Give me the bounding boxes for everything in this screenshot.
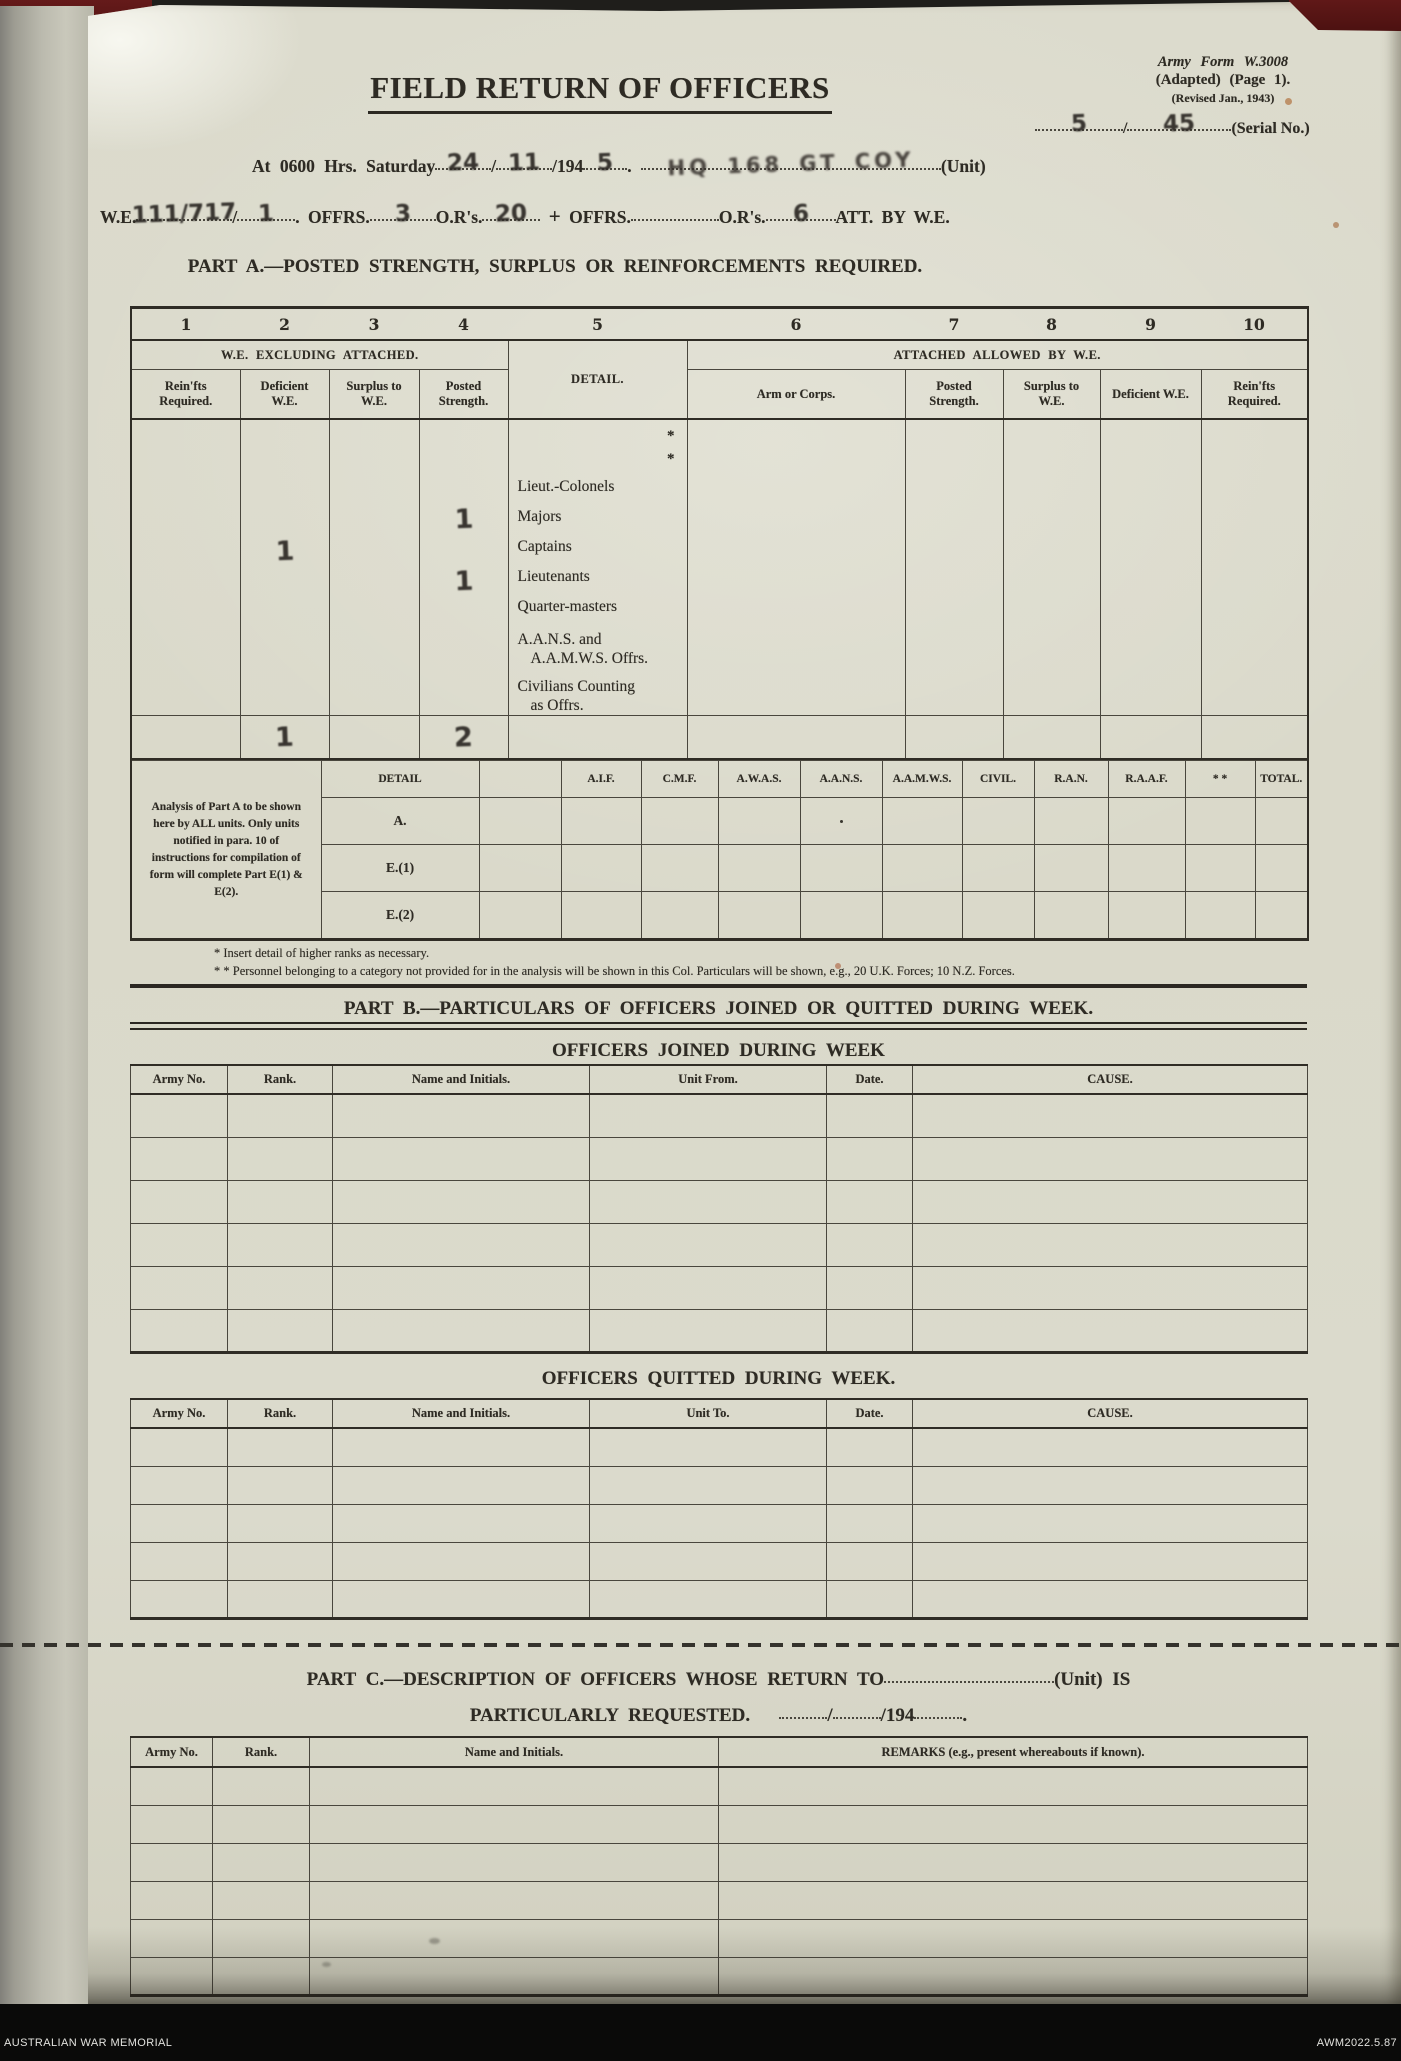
we-amendment-stamp: 1 bbox=[258, 201, 275, 228]
analysis-header-aamws: A.A.M.W.S. bbox=[882, 761, 962, 798]
empty-cell bbox=[131, 1843, 213, 1881]
empty-cell bbox=[131, 1767, 213, 1805]
empty-cell bbox=[131, 1919, 213, 1957]
header-army-no: Army No. bbox=[131, 1737, 213, 1767]
empty-cell bbox=[228, 1309, 333, 1352]
empty-cell bbox=[827, 1428, 913, 1466]
part-a-totals-row: 1 2 bbox=[131, 716, 1308, 760]
empty-cell bbox=[310, 1843, 719, 1881]
empty-cell bbox=[827, 1466, 913, 1504]
empty-cell bbox=[827, 1180, 913, 1223]
empty-row bbox=[131, 1223, 1308, 1266]
empty-row bbox=[131, 1957, 1308, 1995]
date-period: . bbox=[627, 156, 631, 176]
form-ref-line1: Army Form W.3008 bbox=[1078, 53, 1368, 71]
cell-posted-att bbox=[905, 419, 1003, 716]
group-attached-allowed: ATTACHED ALLOWED BY W.E. bbox=[687, 340, 1308, 370]
empty-cell bbox=[913, 1504, 1308, 1542]
empty-cell bbox=[719, 1957, 1308, 1995]
header-name-initials: Name and Initials. bbox=[310, 1737, 719, 1767]
empty-cell bbox=[479, 892, 561, 940]
empty-cell bbox=[310, 1767, 719, 1805]
empty-cell bbox=[827, 1580, 913, 1618]
empty-cell bbox=[131, 1957, 213, 1995]
empty-cell bbox=[310, 1957, 719, 1995]
empty-row bbox=[131, 1843, 1308, 1881]
empty-row bbox=[131, 1805, 1308, 1843]
empty-cell bbox=[913, 1309, 1308, 1352]
header-rank: Rank. bbox=[228, 1065, 333, 1094]
empty-cell bbox=[641, 798, 718, 845]
attached-ors-blank: 6 bbox=[766, 213, 836, 221]
unit-label: (Unit) bbox=[941, 156, 986, 176]
empty-cell bbox=[310, 1881, 719, 1919]
analysis-row-label: A. bbox=[321, 798, 479, 845]
header-reinfts-required-att: Rein'fts Required. bbox=[1201, 370, 1308, 420]
archive-accession-number: AWM2022.5.87 bbox=[1317, 2037, 1397, 2049]
army-form-reference: Army Form W.3008 (Adapted) (Page 1). (Re… bbox=[1078, 53, 1368, 107]
year-printed: /194 bbox=[552, 156, 583, 176]
empty-cell bbox=[131, 1881, 213, 1919]
empty-cell bbox=[333, 1223, 590, 1266]
empty-cell bbox=[213, 1843, 310, 1881]
empty-row bbox=[131, 1767, 1308, 1805]
total-deficient-stamp: 1 bbox=[275, 721, 295, 753]
cell-reinfts bbox=[131, 419, 240, 716]
empty-cell bbox=[131, 1094, 228, 1137]
part-c-year: /194 bbox=[881, 1705, 915, 1726]
empty-cell bbox=[561, 798, 641, 845]
officers-joined-title: OFFICERS JOINED DURING WEEK bbox=[130, 1040, 1307, 1062]
empty-cell bbox=[590, 1266, 827, 1309]
empty-cell bbox=[213, 1881, 310, 1919]
total-cell bbox=[329, 716, 419, 760]
empty-cell bbox=[962, 892, 1034, 940]
total-cell bbox=[687, 716, 905, 760]
empty-cell bbox=[590, 1309, 827, 1352]
we-strength-line: W.E.111/717/1. OFFRS.3O.R's.20 + OFFRS.O… bbox=[100, 204, 950, 229]
analysis-table: Analysis of Part A to be shown here by A… bbox=[130, 760, 1309, 941]
col-number: 7 bbox=[905, 308, 1003, 341]
empty-cell bbox=[800, 798, 882, 845]
col-number: 6 bbox=[687, 308, 905, 341]
empty-cell bbox=[131, 1504, 228, 1542]
empty-cell bbox=[827, 1094, 913, 1137]
empty-cell bbox=[827, 1542, 913, 1580]
part-c-day-blank bbox=[779, 1711, 827, 1719]
analysis-header-detail: DETAIL bbox=[321, 761, 479, 798]
we-amendment-blank: 1 bbox=[237, 213, 295, 221]
header-army-no: Army No. bbox=[131, 1065, 228, 1094]
empty-cell bbox=[719, 1881, 1308, 1919]
part-c-unit-is: (Unit) IS bbox=[1054, 1669, 1130, 1690]
cell-deficient-att bbox=[1100, 419, 1201, 716]
attached-offrs-blank bbox=[631, 213, 719, 221]
empty-cell bbox=[131, 1466, 228, 1504]
empty-cell bbox=[590, 1580, 827, 1618]
empty-cell bbox=[228, 1580, 333, 1618]
part-c-header-row: Army No. Rank. Name and Initials. REMARK… bbox=[131, 1737, 1308, 1767]
empty-cell bbox=[131, 1428, 228, 1466]
empty-cell bbox=[333, 1094, 590, 1137]
cell-detail-ranks: * * Lieut.-Colonels Majors Captains Lieu… bbox=[508, 419, 687, 716]
empty-cell bbox=[479, 845, 561, 892]
header-posted-strength: Posted Strength. bbox=[419, 370, 508, 420]
analysis-header-aans: A.A.N.S. bbox=[800, 761, 882, 798]
footnote-1: * Insert detail of higher ranks as neces… bbox=[214, 944, 1314, 962]
empty-cell bbox=[913, 1223, 1308, 1266]
sub-header-row: Rein'fts Required. Deficient W.E. Surplu… bbox=[131, 370, 1308, 420]
unit-blank: HQ 168 GT COY bbox=[641, 162, 941, 170]
scanned-form-page: FIELD RETURN OF OFFICERS Army Form W.300… bbox=[0, 0, 1401, 2061]
attached-ors-label: O.R's. bbox=[719, 207, 766, 227]
part-c-year-blank bbox=[914, 1711, 962, 1719]
part-c-unit-blank bbox=[884, 1675, 1054, 1683]
part-a-body-row: 1 1 1 * * Lieut.-Colonels Majors Captain… bbox=[131, 419, 1308, 716]
empty-cell bbox=[962, 845, 1034, 892]
rank-aans-line2: A.A.M.W.S. Offrs. bbox=[509, 649, 687, 668]
analysis-header-other: * * bbox=[1185, 761, 1255, 798]
empty-cell bbox=[913, 1094, 1308, 1137]
empty-cell bbox=[1108, 798, 1185, 845]
total-cell bbox=[1003, 716, 1100, 760]
empty-cell bbox=[561, 892, 641, 940]
col-number: 2 bbox=[240, 308, 329, 341]
empty-cell bbox=[333, 1180, 590, 1223]
part-c-period: . bbox=[962, 1705, 967, 1726]
year-digit-stamp: 5 bbox=[597, 150, 614, 177]
plus-sign: + bbox=[549, 204, 561, 228]
empty-cell bbox=[131, 1180, 228, 1223]
rank-majors: Majors bbox=[509, 502, 687, 532]
empty-cell bbox=[800, 892, 882, 940]
empty-cell bbox=[827, 1504, 913, 1542]
analysis-header-aif: A.I.F. bbox=[561, 761, 641, 798]
empty-cell bbox=[913, 1580, 1308, 1618]
empty-cell bbox=[213, 1957, 310, 1995]
col-number: 5 bbox=[508, 308, 687, 341]
empty-cell bbox=[590, 1542, 827, 1580]
empty-cell bbox=[228, 1542, 333, 1580]
footnote-2: * * Personnel belonging to a category no… bbox=[214, 962, 1314, 980]
part-c-heading-line1: PART C.—DESCRIPTION OF OFFICERS WHOSE RE… bbox=[130, 1669, 1307, 1691]
section-rule bbox=[130, 984, 1307, 988]
header-deficient-we-att: Deficient W.E. bbox=[1100, 370, 1201, 420]
serial-stamp-a: 5 bbox=[1071, 111, 1088, 138]
serial-stamp-b: 45 bbox=[1163, 110, 1196, 137]
empty-cell bbox=[310, 1805, 719, 1843]
empty-cell bbox=[590, 1223, 827, 1266]
empty-cell bbox=[1034, 798, 1108, 845]
empty-cell bbox=[561, 845, 641, 892]
header-rank: Rank. bbox=[213, 1737, 310, 1767]
empty-cell bbox=[228, 1223, 333, 1266]
day-stamp: 24 bbox=[447, 149, 480, 176]
empty-cell bbox=[882, 892, 962, 940]
empty-row bbox=[131, 1137, 1308, 1180]
part-a-heading: PART A.—POSTED STRENGTH, SURPLUS OR REIN… bbox=[130, 256, 980, 278]
form-ref-line3: (Revised Jan., 1943) bbox=[1078, 89, 1368, 107]
header-army-no: Army No. bbox=[131, 1399, 228, 1428]
col-number: 1 bbox=[131, 308, 240, 341]
rank-captains: Captains bbox=[509, 532, 687, 562]
header-rank: Rank. bbox=[228, 1399, 333, 1428]
empty-row bbox=[131, 1919, 1308, 1957]
empty-cell bbox=[1255, 798, 1308, 845]
analysis-row-label: E.(2) bbox=[321, 892, 479, 940]
day-blank: 24 bbox=[435, 162, 491, 170]
perforation-line bbox=[0, 1643, 1401, 1647]
empty-row bbox=[131, 1881, 1308, 1919]
header-surplus-we: Surplus to W.E. bbox=[329, 370, 419, 420]
form-content: FIELD RETURN OF OFFICERS Army Form W.300… bbox=[130, 0, 1307, 2012]
empty-cell bbox=[800, 845, 882, 892]
group-we-excluding-attached: W.E. EXCLUDING ATTACHED. bbox=[131, 340, 508, 370]
empty-cell bbox=[827, 1266, 913, 1309]
double-rule bbox=[130, 1022, 1307, 1030]
empty-row bbox=[131, 1466, 1308, 1504]
empty-cell bbox=[718, 892, 800, 940]
we-number-blank: 111/717 bbox=[136, 213, 232, 221]
part-a-table: 1 2 3 4 5 6 7 8 9 10 W.E. EXCLUDING ATTA… bbox=[130, 306, 1309, 761]
empty-cell bbox=[913, 1137, 1308, 1180]
total-cell bbox=[1100, 716, 1201, 760]
part-c-month-blank bbox=[833, 1711, 881, 1719]
empty-cell bbox=[131, 1309, 228, 1352]
empty-cell bbox=[641, 845, 718, 892]
empty-cell bbox=[333, 1309, 590, 1352]
empty-cell bbox=[590, 1428, 827, 1466]
empty-cell bbox=[719, 1843, 1308, 1881]
part-b-heading: PART B.—PARTICULARS OF OFFICERS JOINED O… bbox=[130, 998, 1307, 1020]
empty-row bbox=[131, 1580, 1308, 1618]
col-number: 8 bbox=[1003, 308, 1100, 341]
year-blank: 5 bbox=[583, 162, 627, 170]
header-unit-to: Unit To. bbox=[590, 1399, 827, 1428]
empty-cell bbox=[1185, 845, 1255, 892]
analysis-header-civil: CIVIL. bbox=[962, 761, 1034, 798]
attached-offrs-label: OFFRS. bbox=[569, 207, 631, 227]
footnote-star: * bbox=[509, 420, 687, 445]
empty-cell bbox=[718, 845, 800, 892]
cell-surplus-att bbox=[1003, 419, 1100, 716]
empty-cell bbox=[913, 1466, 1308, 1504]
we-number-stamp: 111/717 bbox=[132, 199, 237, 229]
empty-cell bbox=[228, 1180, 333, 1223]
analysis-header-awas: A.W.A.S. bbox=[718, 761, 800, 798]
serial-label: (Serial No.) bbox=[1231, 120, 1309, 137]
ors-stamp: 20 bbox=[495, 200, 528, 227]
analysis-header-cmf: C.M.F. bbox=[641, 761, 718, 798]
deficient-stamp: 1 bbox=[275, 536, 295, 568]
empty-cell bbox=[1034, 892, 1108, 940]
cell-arm-or-corps bbox=[687, 419, 905, 716]
empty-row bbox=[131, 1180, 1308, 1223]
rank-aans-line1: A.A.N.S. and bbox=[509, 630, 687, 649]
date-unit-line: At 0600 Hrs. Saturday24/11/1945. HQ 168 … bbox=[252, 156, 986, 177]
empty-cell bbox=[333, 1266, 590, 1309]
empty-cell bbox=[590, 1466, 827, 1504]
empty-row bbox=[131, 1266, 1308, 1309]
serial-number-line: 5/45(Serial No.) bbox=[1035, 120, 1375, 138]
empty-cell bbox=[479, 798, 561, 845]
header-posted-strength-att: Posted Strength. bbox=[905, 370, 1003, 420]
analysis-row-label: E.(1) bbox=[321, 845, 479, 892]
group-header-row: W.E. EXCLUDING ATTACHED. DETAIL. ATTACHE… bbox=[131, 340, 1308, 370]
header-arm-or-corps: Arm or Corps. bbox=[687, 370, 905, 420]
empty-cell bbox=[228, 1137, 333, 1180]
archive-name: AUSTRALIAN WAR MEMORIAL bbox=[4, 2037, 172, 2049]
backing-sheet-edge bbox=[0, 6, 94, 2012]
empty-cell bbox=[131, 1266, 228, 1309]
empty-cell bbox=[590, 1137, 827, 1180]
empty-cell bbox=[333, 1428, 590, 1466]
empty-row bbox=[131, 1504, 1308, 1542]
empty-cell bbox=[333, 1466, 590, 1504]
empty-cell bbox=[913, 1266, 1308, 1309]
total-cell bbox=[1201, 716, 1308, 760]
col-number: 3 bbox=[329, 308, 419, 341]
empty-cell bbox=[131, 1542, 228, 1580]
empty-cell bbox=[641, 892, 718, 940]
empty-cell bbox=[827, 1137, 913, 1180]
empty-cell bbox=[827, 1309, 913, 1352]
analysis-header-raaf: R.A.A.F. bbox=[1108, 761, 1185, 798]
empty-cell bbox=[310, 1919, 719, 1957]
empty-cell bbox=[719, 1805, 1308, 1843]
empty-cell bbox=[962, 798, 1034, 845]
empty-cell bbox=[228, 1266, 333, 1309]
empty-cell bbox=[131, 1805, 213, 1843]
header-date: Date. bbox=[827, 1065, 913, 1094]
header-remarks: REMARKS (e.g., present whereabouts if kn… bbox=[719, 1737, 1308, 1767]
empty-cell bbox=[1255, 845, 1308, 892]
header-name-initials: Name and Initials. bbox=[333, 1399, 590, 1428]
archive-footer-band: AUSTRALIAN WAR MEMORIAL AWM2022.5.87 bbox=[0, 2004, 1401, 2061]
empty-cell bbox=[1255, 892, 1308, 940]
unit-stamp: HQ 168 GT COY bbox=[667, 148, 915, 181]
rank-civilians-line1: Civilians Counting bbox=[509, 677, 687, 696]
empty-cell bbox=[333, 1542, 590, 1580]
analysis-header-ran: R.A.N. bbox=[1034, 761, 1108, 798]
form-ref-line2: (Adapted) (Page 1). bbox=[1078, 71, 1368, 89]
empty-cell bbox=[913, 1542, 1308, 1580]
col-number: 9 bbox=[1100, 308, 1201, 341]
empty-cell bbox=[333, 1504, 590, 1542]
header-cause: CAUSE. bbox=[913, 1399, 1308, 1428]
empty-cell bbox=[590, 1504, 827, 1542]
quitted-header-row: Army No. Rank. Name and Initials. Unit T… bbox=[131, 1399, 1308, 1428]
cell-posted: 1 1 bbox=[419, 419, 508, 716]
empty-cell bbox=[213, 1919, 310, 1957]
header-unit-from: Unit From. bbox=[590, 1065, 827, 1094]
officers-quitted-table: Army No. Rank. Name and Initials. Unit T… bbox=[130, 1398, 1308, 1620]
empty-cell bbox=[719, 1919, 1308, 1957]
total-posted-stamp: 2 bbox=[454, 721, 474, 753]
empty-cell bbox=[913, 1428, 1308, 1466]
column-numbers-row: 1 2 3 4 5 6 7 8 9 10 bbox=[131, 308, 1308, 341]
attached-ors-stamp: 6 bbox=[792, 201, 809, 228]
empty-cell bbox=[590, 1180, 827, 1223]
footnote-star: * bbox=[509, 445, 687, 468]
empty-cell bbox=[1185, 798, 1255, 845]
empty-cell bbox=[131, 1223, 228, 1266]
detail-header: DETAIL. bbox=[508, 340, 687, 419]
we-period: . bbox=[295, 207, 299, 227]
header-deficient-we: Deficient W.E. bbox=[240, 370, 329, 420]
part-c-heading-line2: PARTICULARLY REQUESTED. //194. bbox=[130, 1705, 1307, 1727]
empty-cell bbox=[228, 1466, 333, 1504]
month-blank: 11 bbox=[496, 162, 552, 170]
cell-deficient: 1 bbox=[240, 419, 329, 716]
rank-lieut-colonels: Lieut.-Colonels bbox=[509, 472, 687, 502]
empty-row bbox=[131, 1428, 1308, 1466]
cell-reinfts-att bbox=[1201, 419, 1308, 716]
ink-speck bbox=[840, 820, 843, 823]
empty-cell bbox=[333, 1137, 590, 1180]
empty-cell bbox=[718, 798, 800, 845]
header-cause: CAUSE. bbox=[913, 1065, 1308, 1094]
ors-blank: 20 bbox=[482, 213, 540, 221]
empty-row bbox=[131, 1309, 1308, 1352]
empty-cell bbox=[213, 1767, 310, 1805]
header-surplus-we-att: Surplus to W.E. bbox=[1003, 370, 1100, 420]
empty-cell bbox=[131, 1137, 228, 1180]
analysis-header-row: Analysis of Part A to be shown here by A… bbox=[131, 761, 1308, 798]
empty-cell bbox=[1185, 892, 1255, 940]
header-name-initials: Name and Initials. bbox=[333, 1065, 590, 1094]
empty-row bbox=[131, 1542, 1308, 1580]
total-cell bbox=[905, 716, 1003, 760]
empty-cell bbox=[827, 1223, 913, 1266]
posted-majors-stamp: 1 bbox=[454, 504, 474, 536]
offrs-label: OFFRS. bbox=[308, 207, 370, 227]
empty-cell bbox=[913, 1180, 1308, 1223]
empty-row bbox=[131, 1094, 1308, 1137]
footnotes: * Insert detail of higher ranks as neces… bbox=[214, 944, 1314, 980]
date-line-prefix: At 0600 Hrs. Saturday bbox=[252, 156, 435, 176]
analysis-note: Analysis of Part A to be shown here by A… bbox=[131, 761, 321, 940]
empty-cell bbox=[590, 1094, 827, 1137]
particularly-requested-text: PARTICULARLY REQUESTED. bbox=[470, 1705, 750, 1726]
joined-header-row: Army No. Rank. Name and Initials. Unit F… bbox=[131, 1065, 1308, 1094]
rank-quarter-masters: Quarter-masters bbox=[509, 592, 687, 622]
officers-joined-table: Army No. Rank. Name and Initials. Unit F… bbox=[130, 1064, 1308, 1354]
empty-cell bbox=[228, 1504, 333, 1542]
ors-label: O.R's. bbox=[436, 207, 483, 227]
total-cell bbox=[508, 716, 687, 760]
header-date: Date. bbox=[827, 1399, 913, 1428]
col-number: 4 bbox=[419, 308, 508, 341]
total-posted-cell: 2 bbox=[419, 716, 508, 760]
empty-cell bbox=[213, 1805, 310, 1843]
part-c-heading-text: PART C.—DESCRIPTION OF OFFICERS WHOSE RE… bbox=[307, 1669, 884, 1690]
offrs-blank: 3 bbox=[370, 213, 436, 221]
cell-surplus bbox=[329, 419, 419, 716]
officers-quitted-title: OFFICERS QUITTED DURING WEEK. bbox=[130, 1368, 1307, 1390]
form-title: FIELD RETURN OF OFFICERS bbox=[368, 70, 832, 114]
empty-cell bbox=[1034, 845, 1108, 892]
empty-cell bbox=[882, 845, 962, 892]
header-reinfts-required: Rein'fts Required. bbox=[131, 370, 240, 420]
empty-cell bbox=[228, 1428, 333, 1466]
empty-cell bbox=[719, 1767, 1308, 1805]
empty-cell bbox=[1108, 845, 1185, 892]
serial-second-blank: 45 bbox=[1127, 123, 1231, 131]
rank-civilians-line2: as Offrs. bbox=[509, 696, 687, 715]
total-cell bbox=[131, 716, 240, 760]
col-number: 10 bbox=[1201, 308, 1308, 341]
